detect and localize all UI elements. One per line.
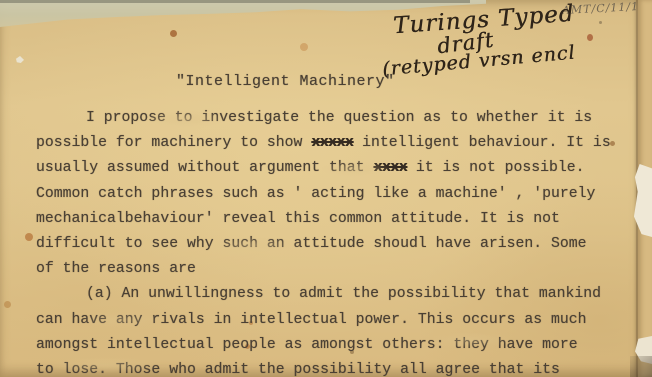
body-line-7: of the reasons are — [36, 257, 611, 282]
body-line-5: mechanicalbehaviour' reveal this common … — [36, 207, 611, 232]
foxing-spot — [170, 30, 177, 37]
body-text: intelligent behaviour. It is — [353, 135, 611, 151]
body-line-3: usually assumed without argument that xx… — [36, 156, 611, 181]
body-line-11: to lose. Those who admit the possibility… — [36, 358, 611, 377]
body-text: possible for machinery to show — [36, 135, 311, 151]
body-line-10: amongst intellectual people as amongst o… — [36, 333, 611, 358]
struck-out-word: xxxx — [373, 160, 407, 176]
typed-body: I propose to investigate the question as… — [36, 106, 611, 377]
body-line-4: Common catch phrases such as ' acting li… — [36, 182, 611, 207]
body-line-9: can have any rivals in intellectual powe… — [36, 308, 611, 333]
foxing-spot — [587, 34, 593, 41]
document-title: "Intelligent Machinery" — [176, 73, 395, 90]
body-line-8: (a) An unwillingness to admit the possib… — [36, 282, 611, 307]
body-line-2: possible for machinery to show xxxxx int… — [36, 131, 611, 156]
body-text: it is not possible. — [407, 160, 585, 176]
foxing-spot — [300, 43, 308, 51]
body-line-6: difficult to see why such an attitude sh… — [36, 232, 611, 257]
body-line-1: I propose to investigate the question as… — [36, 106, 611, 131]
top-edge-shadow — [0, 0, 470, 3]
struck-out-word: xxxxx — [311, 135, 353, 151]
foxing-spot — [25, 233, 33, 241]
bottom-right-corner-shadow — [630, 356, 652, 377]
foxing-spot — [599, 21, 602, 24]
body-text: usually assumed without argument that — [36, 160, 373, 176]
scanned-typescript-page: AMT/C/11/1 Turings Typed draft (retyped … — [0, 0, 652, 377]
foxing-spot — [4, 301, 11, 308]
